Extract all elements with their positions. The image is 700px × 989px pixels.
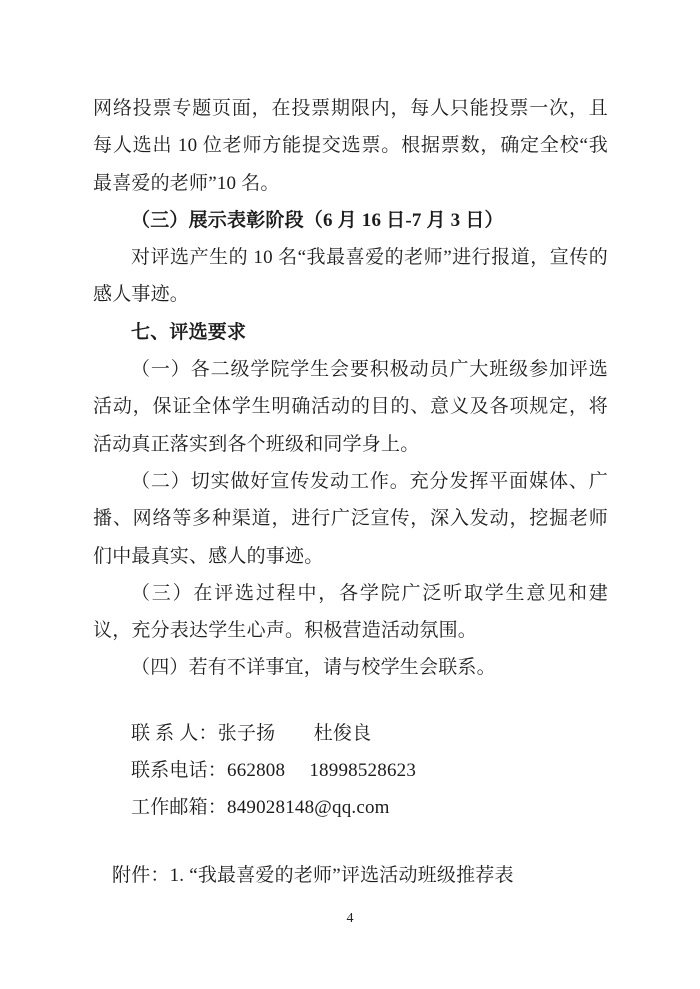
- paragraph-requirement-3: （三）在评选过程中，各学院广泛听取学生意见和建议，充分表达学生心声。积极营造活动…: [93, 575, 608, 650]
- heading-selection-requirements: 七、评选要求: [93, 314, 608, 351]
- contact-block: 联 系 人：张子扬 杜俊良 联系电话：662808 18998528623 工作…: [93, 715, 608, 827]
- paragraph-requirement-1: （一）各二级学院学生会要积极动员广大班级参加评选活动，保证全体学生明确活动的目的…: [93, 351, 608, 463]
- contact-phone-line: 联系电话：662808 18998528623: [93, 752, 608, 789]
- heading-phase-three: （三）展示表彰阶段（6 月 16 日-7 月 3 日）: [93, 202, 608, 239]
- paragraph-voting-rules: 网络投票专题页面，在投票期限内，每人只能投票一次，且每人选出 10 位老师方能提…: [93, 90, 608, 202]
- document-content: 网络投票专题页面，在投票期限内，每人只能投票一次，且每人选出 10 位老师方能提…: [93, 90, 608, 894]
- contact-person-line: 联 系 人：张子扬 杜俊良: [93, 715, 608, 752]
- attachment-block: 附件：1. “我最喜爱的老师”评选活动班级推荐表: [93, 857, 608, 894]
- paragraph-requirement-2: （二）切实做好宣传发动工作。充分发挥平面媒体、广播、网络等多种渠道，进行广泛宣传…: [93, 463, 608, 575]
- page-number: 4: [0, 910, 700, 928]
- contact-email-line: 工作邮箱：849028148@qq.com: [93, 789, 608, 826]
- document-page: 网络投票专题页面，在投票期限内，每人只能投票一次，且每人选出 10 位老师方能提…: [0, 0, 700, 989]
- paragraph-phase-three-body: 对评选产生的 10 名“我最喜爱的老师”进行报道，宣传的感人事迹。: [93, 239, 608, 314]
- paragraph-requirement-4: （四）若有不详事宜，请与校学生会联系。: [93, 649, 608, 686]
- attachment-line: 附件：1. “我最喜爱的老师”评选活动班级推荐表: [93, 857, 608, 894]
